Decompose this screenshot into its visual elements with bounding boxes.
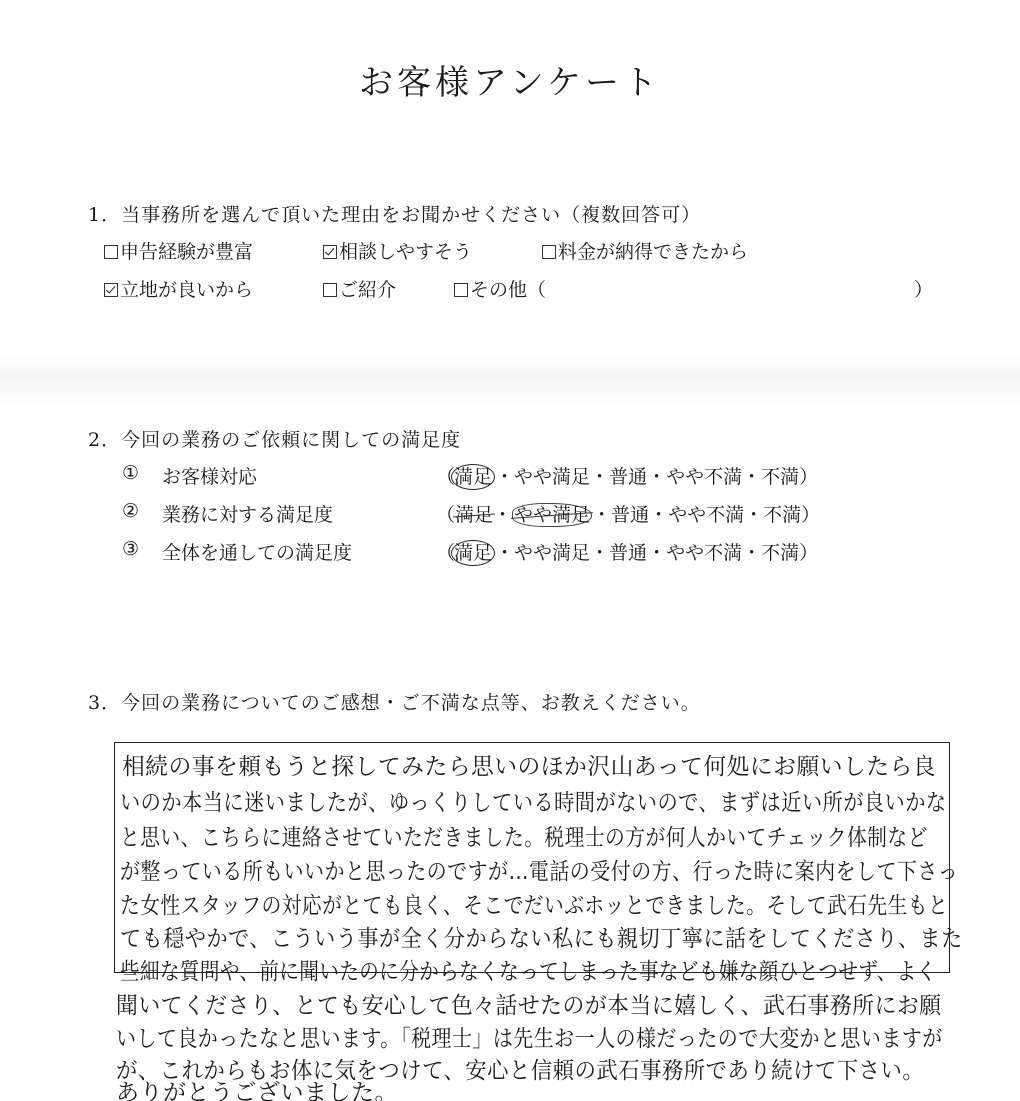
other-field-close-paren: ） bbox=[914, 275, 933, 302]
crossed-out-somewhat-satisfied[interactable]: やや満足 bbox=[512, 503, 592, 527]
scale-option[interactable]: やや不満 bbox=[666, 542, 742, 564]
option-label: 立地が良いから bbox=[120, 275, 253, 302]
option-referral[interactable]: ご紹介 bbox=[323, 275, 396, 302]
checkbox-icon[interactable] bbox=[323, 283, 337, 297]
question-1-heading: 1．当事務所を選んで頂いた理由をお聞かせください（複数回答可） bbox=[88, 200, 701, 227]
checkbox-icon[interactable] bbox=[104, 245, 118, 259]
checkbox-checked-icon[interactable] bbox=[323, 245, 337, 259]
selected-satisfied[interactable]: 満足 bbox=[451, 540, 495, 566]
item-label: 業務に対する満足度 bbox=[162, 500, 333, 527]
checkbox-icon[interactable] bbox=[454, 283, 468, 297]
scale-option[interactable]: やや満足 bbox=[514, 542, 590, 564]
item-number: ③ bbox=[122, 538, 139, 560]
scale-option[interactable]: 普通 bbox=[609, 542, 647, 564]
item-label: 全体を通しての満足度 bbox=[162, 538, 352, 565]
question-3-heading: 3．今回の業務についてのご感想・ご不満な点等、お教えください。 bbox=[88, 688, 701, 715]
document-title: お客様アンケート bbox=[0, 55, 1020, 104]
selected-satisfied[interactable]: 満足 bbox=[451, 464, 495, 490]
satisfaction-scale[interactable]: （満足・やや満足・普通・やや不満・不満） bbox=[436, 462, 818, 490]
handwritten-line: と思い、こちらに連絡させていただきました。税理士の方が何人かいてチェック体制など bbox=[120, 819, 928, 852]
option-label: ご紹介 bbox=[339, 275, 396, 302]
handwritten-line: 相続の事を頼もうと探してみたら思いのほか沢山あって何処にお願いしたら良 bbox=[122, 748, 936, 781]
scale-option[interactable]: 普通 bbox=[611, 504, 649, 526]
scale-option[interactable]: 不満 bbox=[761, 542, 799, 564]
option-label: その他（ bbox=[470, 275, 546, 302]
item-label: お客様対応 bbox=[162, 462, 257, 489]
handwritten-line: ありがとうございました。 bbox=[116, 1074, 398, 1101]
option-good-location[interactable]: 立地が良いから bbox=[104, 275, 253, 302]
handwritten-line: 聞いてくださり、とても安心して色々話せたのが本当に嬉しく、武石事務所にお願 bbox=[116, 987, 942, 1020]
satisfaction-scale[interactable]: （満足・やや満足・普通・やや不満・不満） bbox=[436, 500, 820, 527]
option-filing-experience[interactable]: 申告経験が豊富 bbox=[104, 237, 253, 264]
checkbox-checked-icon[interactable] bbox=[104, 283, 118, 297]
question-2-heading: 2．今回の業務のご依頼に関しての満足度 bbox=[88, 425, 461, 452]
handwritten-line: 些細な質問や、前に聞いたのに分からなくなってしまった事なども嫌な顔ひとつせず、よ… bbox=[120, 953, 937, 986]
scan-bleed-through bbox=[0, 355, 1020, 405]
option-label: 料金が納得できたから bbox=[558, 237, 748, 264]
scale-option[interactable]: やや満足 bbox=[514, 466, 590, 488]
option-label: 相談しやすそう bbox=[339, 237, 472, 264]
scale-option[interactable]: やや不満 bbox=[666, 466, 742, 488]
item-number: ① bbox=[122, 462, 139, 484]
scale-option[interactable]: 普通 bbox=[609, 466, 647, 488]
handwritten-line: いして良かったなと思います。「税理士」は先生お一人の様だったので大変かと思います… bbox=[116, 1020, 943, 1053]
handwritten-line: いのか本当に迷いましたが、ゆっくりしている時間がないので、まずは近い所が良いかな bbox=[120, 784, 947, 817]
scale-option[interactable]: 不満 bbox=[763, 504, 801, 526]
checkbox-icon[interactable] bbox=[542, 245, 556, 259]
selected-satisfied-overwritten[interactable]: 満足 bbox=[455, 504, 493, 526]
scale-option[interactable]: やや不満 bbox=[668, 504, 744, 526]
option-other[interactable]: その他（ bbox=[454, 275, 546, 302]
satisfaction-scale[interactable]: （満足・やや満足・普通・やや不満・不満） bbox=[436, 538, 818, 566]
handwritten-line: ても穏やかで、こういう事が全く分からない私にも親切丁寧に話をしてくださり、また bbox=[120, 920, 963, 953]
option-label: 申告経験が豊富 bbox=[120, 237, 253, 264]
option-easy-to-consult[interactable]: 相談しやすそう bbox=[323, 237, 472, 264]
item-number: ② bbox=[122, 500, 139, 522]
option-fee-acceptable[interactable]: 料金が納得できたから bbox=[542, 237, 748, 264]
scale-option[interactable]: 不満 bbox=[761, 466, 799, 488]
handwritten-line: た女性スタッフの対応がとても良く、そこでだいぶホッとできました。そして武石先生も… bbox=[120, 887, 948, 920]
handwritten-line: が整っている所もいいかと思ったのですが…電話の受付の方、行った時に案内をして下さ… bbox=[120, 853, 958, 886]
